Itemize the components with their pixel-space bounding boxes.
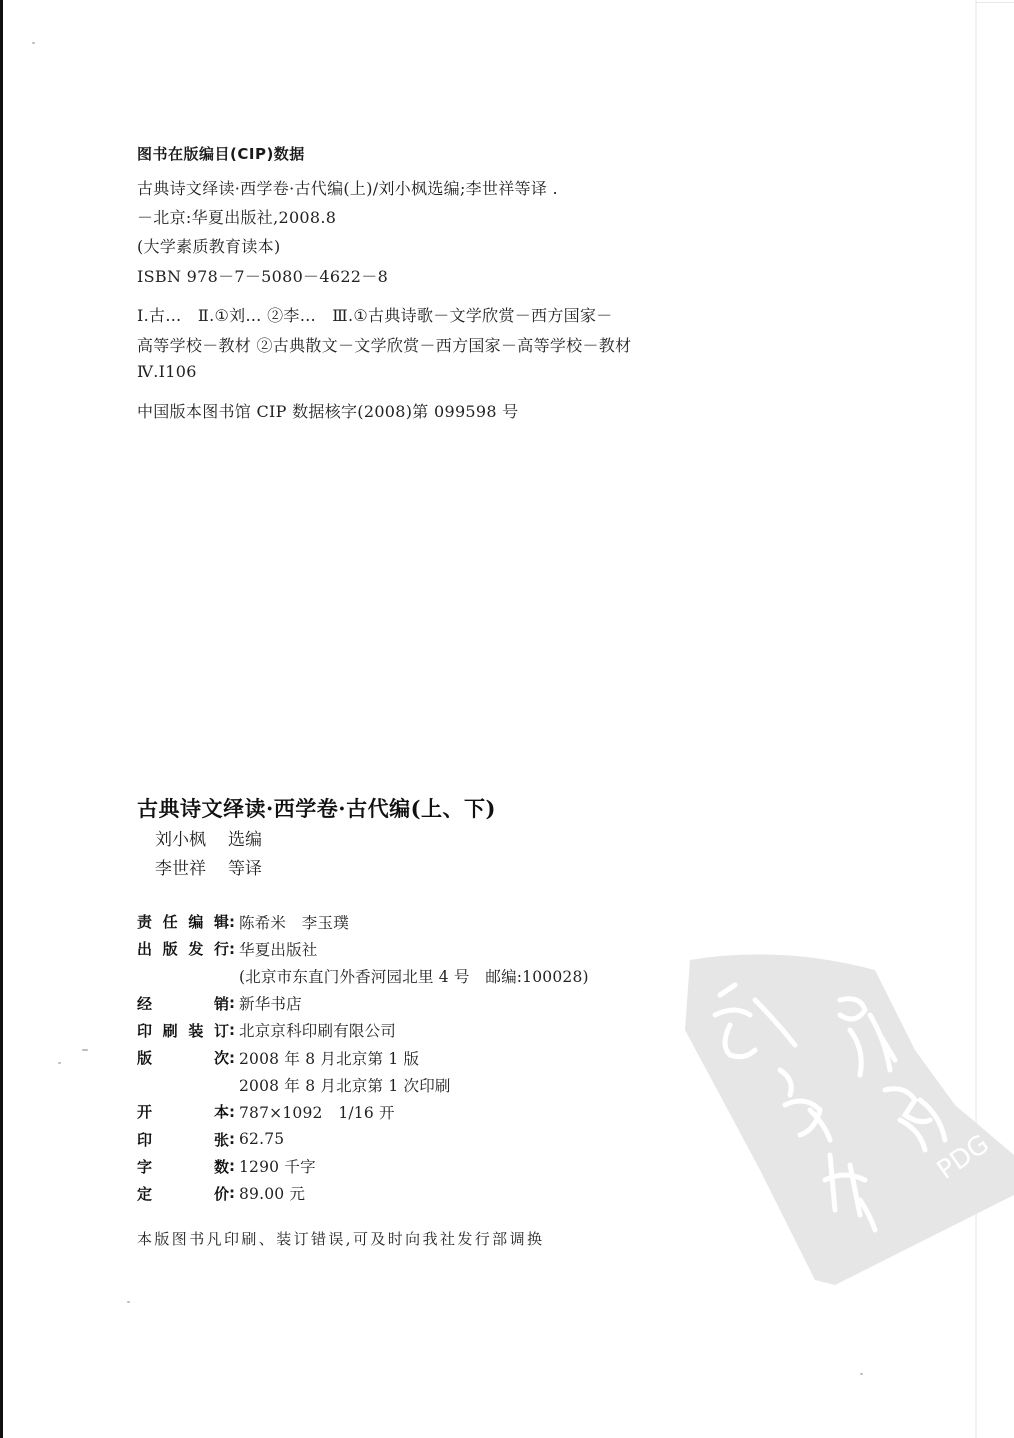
- info-label-char: 经: [137, 993, 152, 1014]
- info-label-char: 价: [214, 1183, 229, 1204]
- info-label-char: 次: [214, 1047, 229, 1068]
- scan-speck: [860, 1373, 863, 1375]
- cip-classification-line: Ⅳ.I106: [137, 362, 197, 381]
- info-label: 字数: [137, 1156, 229, 1177]
- info-label-char: 印: [137, 1020, 152, 1041]
- info-value: 新华书店: [239, 992, 302, 1014]
- info-label-char: 定: [137, 1183, 152, 1204]
- info-row: (北京市东直门外香河园北里 4 号 邮编:100028): [137, 962, 589, 989]
- info-colon: :: [229, 994, 239, 1012]
- cip-classification-line: Ⅰ.古… Ⅱ.①刘… ②李… Ⅲ.①古典诗歌－文学欣赏－西方国家－: [137, 303, 613, 326]
- info-row: 印刷装订:北京京科印刷有限公司: [137, 1017, 589, 1044]
- pdg-watermark-stamp: PDG: [660, 940, 1014, 1300]
- scan-speck: [32, 42, 35, 44]
- info-label-char: 辑: [214, 911, 229, 932]
- info-value: 787×1092 1/16 开: [239, 1101, 395, 1123]
- cip-title-line: 古典诗文绎读·西学卷·古代编(上)/刘小枫选编;李世祥等译 .: [137, 176, 558, 199]
- info-row: 定价:89.00 元: [137, 1180, 589, 1207]
- info-label-char: 责: [137, 911, 152, 932]
- info-colon: :: [229, 1184, 239, 1202]
- cip-isbn-line: ISBN 978－7－5080－4622－8: [137, 264, 388, 287]
- info-label-char: 任: [163, 911, 178, 932]
- scan-corner-mark: [976, 2, 1014, 3]
- credit-role: 等译: [228, 859, 262, 879]
- cip-number: 中国版本图书馆 CIP 数据核字(2008)第 099598 号: [137, 399, 519, 422]
- info-label-char: 开: [137, 1101, 152, 1122]
- info-colon: :: [229, 1021, 239, 1039]
- info-colon: :: [229, 1049, 239, 1067]
- info-value: 华夏出版社: [239, 938, 318, 960]
- scan-speck: [127, 1301, 130, 1303]
- scan-speck: [82, 1049, 88, 1051]
- publication-info-table: 责任编辑:陈希米 李玉璞出版发行:华夏出版社(北京市东直门外香河园北里 4 号 …: [137, 908, 589, 1207]
- info-colon: :: [229, 1103, 239, 1121]
- info-label-char: 数: [214, 1156, 229, 1177]
- info-label-char: 编: [188, 911, 203, 932]
- info-value: 2008 年 8 月北京第 1 次印刷: [239, 1074, 451, 1096]
- cip-classification-line: 高等学校－教材 ②古典散文－文学欣赏－西方国家－高等学校－教材: [137, 333, 631, 356]
- info-value: 1290 千字: [239, 1155, 316, 1177]
- info-label-char: 订: [214, 1020, 229, 1041]
- credit-editor: 刘小枫选编: [155, 825, 262, 850]
- info-label-char: 行: [214, 938, 229, 959]
- info-label: 开本: [137, 1101, 229, 1122]
- info-row: 字数:1290 千字: [137, 1153, 589, 1180]
- cip-heading: 图书在版编目(CIP)数据: [137, 143, 305, 164]
- info-value: 89.00 元: [239, 1182, 305, 1204]
- info-value: 2008 年 8 月北京第 1 版: [239, 1047, 419, 1069]
- info-label-char: 印: [137, 1129, 152, 1150]
- info-label: 定价: [137, 1183, 229, 1204]
- info-label-char: 刷: [163, 1020, 178, 1041]
- info-row: 2008 年 8 月北京第 1 次印刷: [137, 1071, 589, 1098]
- info-colon: :: [229, 1157, 239, 1175]
- info-value: 62.75: [239, 1130, 284, 1148]
- info-value: 陈希米 李玉璞: [239, 911, 349, 933]
- info-label-char: 字: [137, 1156, 152, 1177]
- credit-name: 李世祥: [155, 859, 206, 879]
- info-row: 版次:2008 年 8 月北京第 1 版: [137, 1044, 589, 1071]
- info-label: 印张: [137, 1129, 229, 1150]
- info-label-char: 张: [214, 1129, 229, 1150]
- info-label: 责任编辑: [137, 911, 229, 932]
- credit-role: 选编: [228, 830, 262, 850]
- info-label: 出版发行: [137, 938, 229, 959]
- cip-publisher-line: －北京:华夏出版社,2008.8: [137, 205, 336, 228]
- info-value: (北京市东直门外香河园北里 4 号 邮编:100028): [239, 965, 589, 987]
- info-label-char: 本: [214, 1101, 229, 1122]
- info-label: 印刷装订: [137, 1020, 229, 1041]
- info-label: 版次: [137, 1047, 229, 1068]
- cip-series-line: (大学素质教育读本): [137, 234, 281, 257]
- info-row: 印张:62.75: [137, 1126, 589, 1153]
- book-title: 古典诗文绎读·西学卷·古代编(上、下): [137, 793, 496, 823]
- credit-name: 刘小枫: [155, 830, 206, 850]
- footer-note: 本版图书凡印刷、装订错误,可及时向我社发行部调换: [137, 1228, 544, 1249]
- info-label-char: 版: [163, 938, 178, 959]
- info-row: 开本:787×1092 1/16 开: [137, 1098, 589, 1125]
- info-label-char: 销: [214, 993, 229, 1014]
- info-colon: :: [229, 940, 239, 958]
- info-label-char: 出: [137, 938, 152, 959]
- info-row: 出版发行:华夏出版社: [137, 935, 589, 962]
- info-label-char: 版: [137, 1047, 152, 1068]
- scan-left-border: [0, 0, 3, 1438]
- info-label-char: 发: [188, 938, 203, 959]
- info-row: 责任编辑:陈希米 李玉璞: [137, 908, 589, 935]
- info-row: 经销:新华书店: [137, 990, 589, 1017]
- credit-translator: 李世祥等译: [155, 854, 262, 879]
- info-label-char: 装: [188, 1020, 203, 1041]
- scan-speck: [58, 1062, 61, 1064]
- info-colon: :: [229, 1130, 239, 1148]
- info-label: 经销: [137, 993, 229, 1014]
- info-colon: :: [229, 913, 239, 931]
- info-value: 北京京科印刷有限公司: [239, 1019, 396, 1041]
